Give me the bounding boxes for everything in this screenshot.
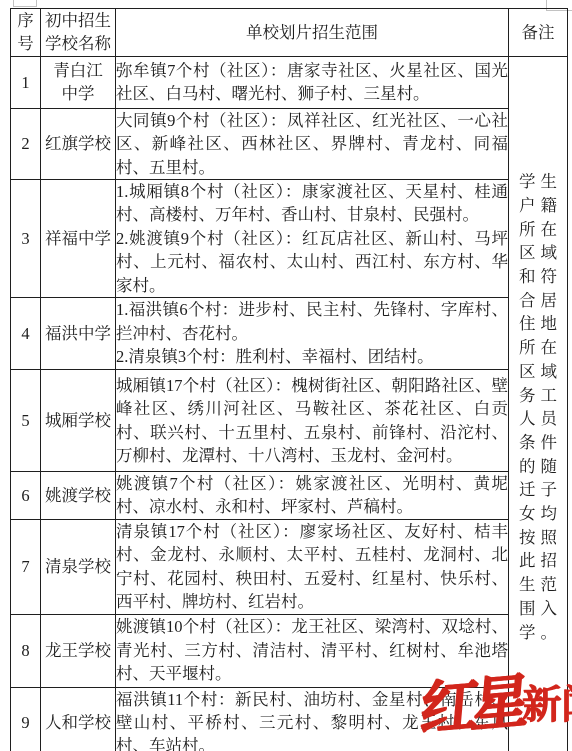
header-row: 序号 初中招生学校名称 单校划片招生范围 备注 [11,9,568,57]
school-name-cell: 人和学校 [41,687,116,751]
table-row: 7清泉学校清泉镇17个村（社区）：廖家场社区、友好村、桔丰村、金龙村、永顺村、太… [11,519,568,614]
table-header: 序号 初中招生学校名称 单校划片招生范围 备注 [11,9,568,57]
range-paragraph: 城厢镇17个村（社区）：槐树街社区、朝阳路社区、壁峰社区、绣川河社区、马鞍社区、… [116,374,508,468]
header-school: 初中招生学校名称 [41,9,116,57]
row-index-cell: 1 [11,56,41,108]
range-paragraph: 2.姚渡镇9个村（社区）：红瓦店社区、新山村、马坪村、上元村、福农村、太山村、西… [116,227,508,297]
table-row: 9人和学校福洪镇11个村：新民村、油坊村、金星村、南岳村、壁山村、平桥村、三元村… [11,687,568,751]
range-paragraph: 1.福洪镇6个村：进步村、民主村、先锋村、字库村、拦冲村、杏花村。 [116,298,508,345]
range-paragraph: 1.城厢镇8个村（社区）：康家渡社区、天星村、桂通村、高楼村、万年村、香山村、甘… [116,180,508,227]
note-line: 人员 [519,407,557,431]
note-line: 区域 [519,360,557,384]
range-paragraph: 姚渡镇7个村（社区）：姚家渡社区、光明村、黄坭村、凉水村、永和村、坪家村、芦稿村… [116,472,508,519]
row-index-cell: 9 [11,687,41,751]
range-paragraph: 福洪镇11个村：新民村、油坊村、金星村、南岳村、壁山村、平桥村、三元村、黎明村、… [116,688,508,751]
note-line: 合居 [519,289,557,313]
school-name-cell: 城厢学校 [41,370,116,472]
table-row: 5城厢学校城厢镇17个村（社区）：槐树街社区、朝阳路社区、壁峰社区、绣川河社区、… [11,370,568,472]
note-line: 按照 [519,526,557,550]
range-paragraph: 弥牟镇7个村（社区）：唐家寺社区、火星社区、国光社区、白马村、曙光村、狮子村、三… [116,59,508,106]
range-cell: 姚渡镇10个村（社区）：龙王社区、梁湾村、双埝村、青光村、三方村、清洁村、清平村… [116,614,509,687]
range-cell: 城厢镇17个村（社区）：槐树街社区、朝阳路社区、壁峰社区、绣川河社区、马鞍社区、… [116,370,509,472]
note-line: 所在 [519,336,557,360]
note-line: 的随 [519,455,557,479]
note-line: 学。 [519,621,557,645]
crop-artifact-top-left [13,0,37,7]
note-line: 和符 [519,265,557,289]
table-row: 6姚渡学校姚渡镇7个村（社区）：姚家渡社区、光明村、黄坭村、凉水村、永和村、坪家… [11,472,568,520]
note-line: 迁子 [519,478,557,502]
table-row: 1青白江 中学弥牟镇7个村（社区）：唐家寺社区、火星社区、国光社区、白马村、曙光… [11,56,568,108]
school-name-cell: 姚渡学校 [41,472,116,520]
note-line: 住地 [519,312,557,336]
row-index-cell: 3 [11,180,41,298]
header-note: 备注 [509,9,568,57]
range-paragraph: 清泉镇17个村（社区）：廖家场社区、友好村、桔丰村、金龙村、永顺村、太平村、五桂… [116,520,508,614]
school-name-cell: 青白江 中学 [41,56,116,108]
row-index-cell: 2 [11,108,41,179]
page: 序号 初中招生学校名称 单校划片招生范围 备注 1青白江 中学弥牟镇7个村（社区… [0,0,572,751]
school-name-cell: 祥福中学 [41,180,116,298]
school-name-cell: 龙王学校 [41,614,116,687]
range-cell: 大同镇9个村（社区）：凤祥社区、红光社区、一心社区、新峰社区、西林社区、界牌村、… [116,108,509,179]
range-cell: 1.城厢镇8个村（社区）：康家渡社区、天星村、桂通村、高楼村、万年村、香山村、甘… [116,180,509,298]
note-line: 条件 [519,431,557,455]
header-range: 单校划片招生范围 [116,9,509,57]
table-row: 2红旗学校大同镇9个村（社区）：凤祥社区、红光社区、一心社区、新峰社区、西林社区… [11,108,568,179]
range-cell: 姚渡镇7个村（社区）：姚家渡社区、光明村、黄坭村、凉水村、永和村、坪家村、芦稿村… [116,472,509,520]
row-index-cell: 6 [11,472,41,520]
table-body: 1青白江 中学弥牟镇7个村（社区）：唐家寺社区、火星社区、国光社区、白马村、曙光… [11,56,568,751]
note-merged-cell: 学生户籍所在区域和符合居住地所在区域务工人员条件的随迁子女均按照此招生范围入学。 [509,56,568,751]
range-cell: 1.福洪镇6个村：进步村、民主村、先锋村、字库村、拦冲村、杏花村。2.清泉镇3个… [116,298,509,370]
row-index-cell: 8 [11,614,41,687]
note-text: 学生户籍所在区域和符合居住地所在区域务工人员条件的随迁子女均按照此招生范围入学。 [519,170,557,644]
note-line: 女均 [519,502,557,526]
table-row: 3祥福中学1.城厢镇8个村（社区）：康家渡社区、天星村、桂通村、高楼村、万年村、… [11,180,568,298]
range-cell: 弥牟镇7个村（社区）：唐家寺社区、火星社区、国光社区、白马村、曙光村、狮子村、三… [116,56,509,108]
note-line: 生范 [519,573,557,597]
note-line: 此招 [519,549,557,573]
range-paragraph: 姚渡镇10个村（社区）：龙王社区、梁湾村、双埝村、青光村、三方村、清洁村、清平村… [116,615,508,685]
school-name-cell: 红旗学校 [41,108,116,179]
note-line: 区域 [519,241,557,265]
enrollment-table: 序号 初中招生学校名称 单校划片招生范围 备注 1青白江 中学弥牟镇7个村（社区… [10,8,568,751]
range-cell: 福洪镇11个村：新民村、油坊村、金星村、南岳村、壁山村、平桥村、三元村、黎明村、… [116,687,509,751]
range-paragraph: 2.清泉镇3个村：胜利村、幸福村、团结村。 [116,345,508,368]
row-index-cell: 5 [11,370,41,472]
school-name-cell: 清泉学校 [41,519,116,614]
row-index-cell: 7 [11,519,41,614]
range-paragraph: 大同镇9个村（社区）：凤祥社区、红光社区、一心社区、新峰社区、西林社区、界牌村、… [116,109,508,179]
note-line: 户籍 [519,194,557,218]
note-line: 学生 [519,170,557,194]
table-row: 8龙王学校姚渡镇10个村（社区）：龙王社区、梁湾村、双埝村、青光村、三方村、清洁… [11,614,568,687]
note-line: 所在 [519,218,557,242]
note-line: 务工 [519,384,557,408]
row-index-cell: 4 [11,298,41,370]
range-cell: 清泉镇17个村（社区）：廖家场社区、友好村、桔丰村、金龙村、永顺村、太平村、五桂… [116,519,509,614]
note-line: 围入 [519,597,557,621]
header-index: 序号 [11,9,41,57]
table-row: 4福洪中学1.福洪镇6个村：进步村、民主村、先锋村、字库村、拦冲村、杏花村。2.… [11,298,568,370]
school-name-cell: 福洪中学 [41,298,116,370]
